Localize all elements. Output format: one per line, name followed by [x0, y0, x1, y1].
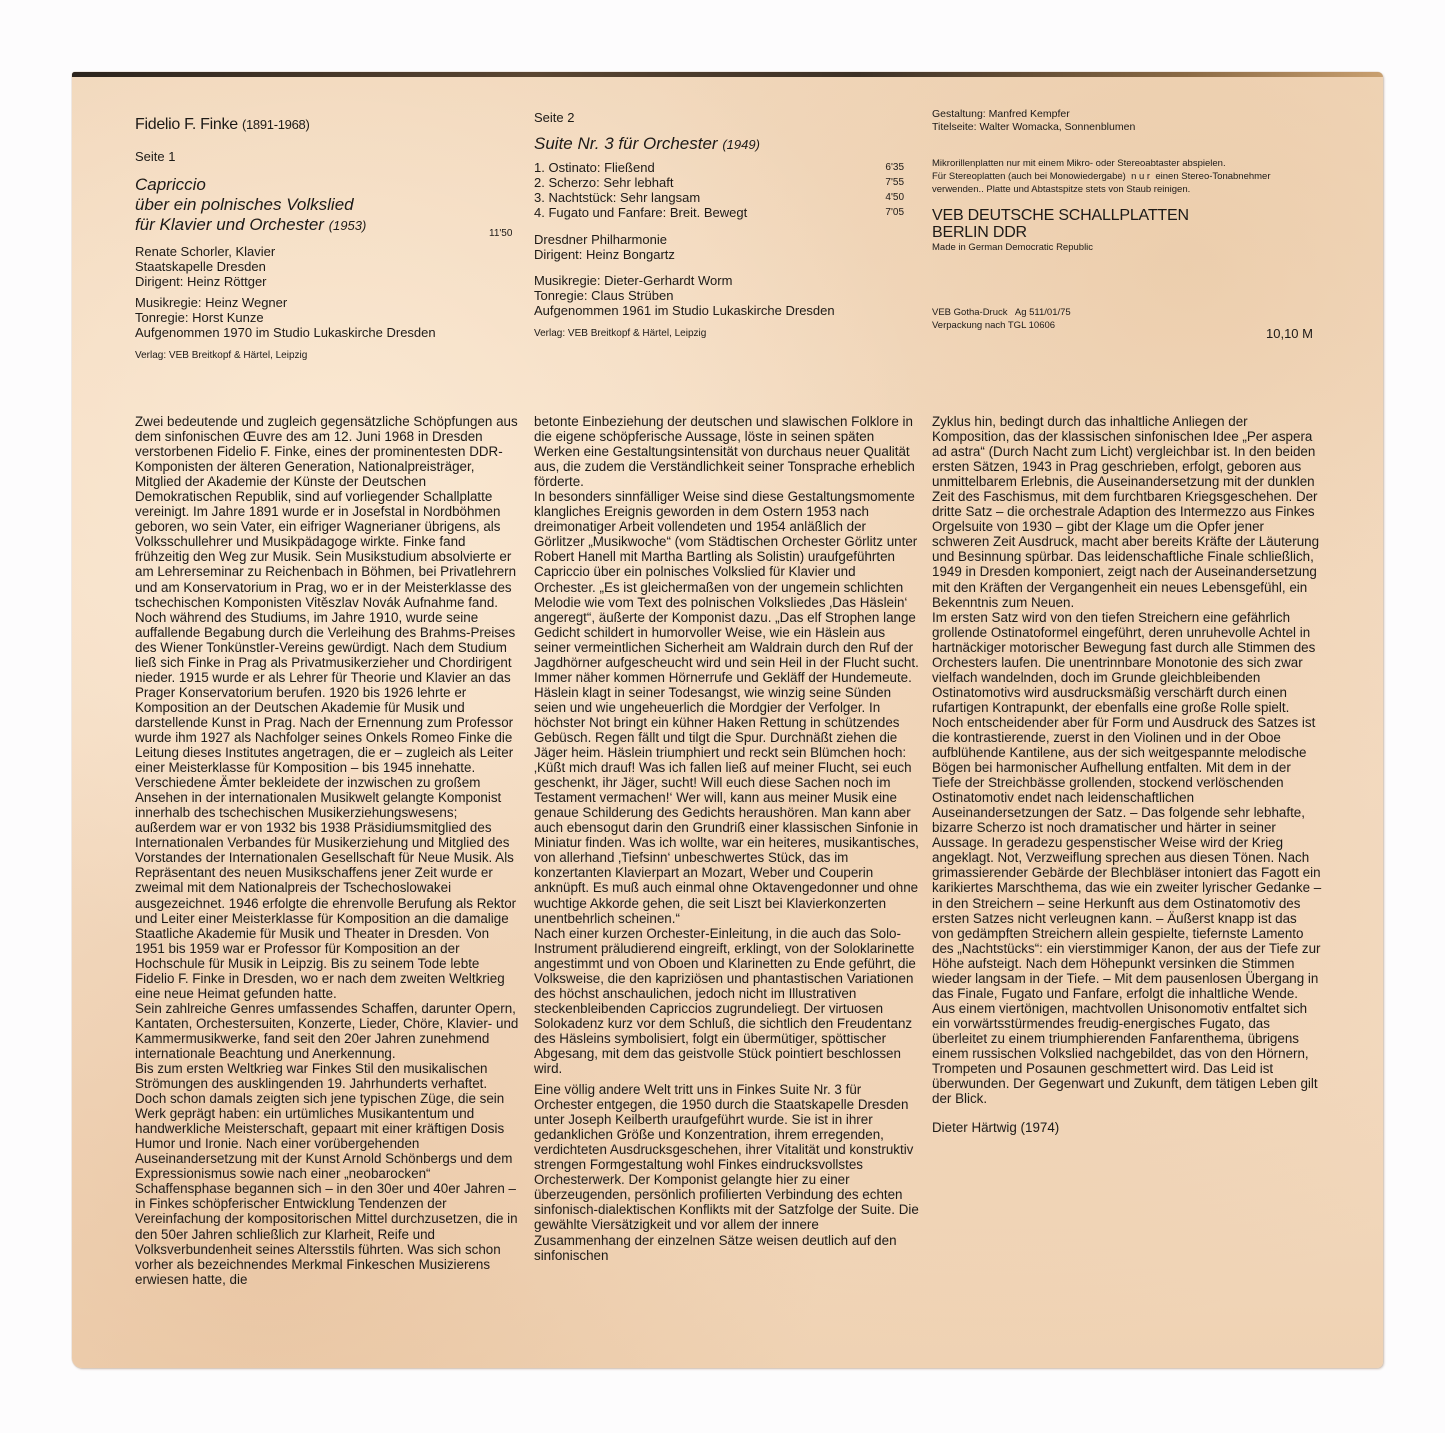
side1-year: (1953): [329, 218, 367, 233]
side2-performers: Dresdner Philharmonie Dirigent: Heinz Bo…: [534, 232, 904, 262]
production-credit: Musikregie: Dieter-Gerhardt Worm: [534, 273, 904, 288]
performer: Dresdner Philharmonie: [534, 232, 904, 247]
performer: Dirigent: Heinz Bongartz: [534, 247, 904, 262]
track-title: 2. Scherzo: Sehr lebhaft: [534, 175, 673, 190]
design-credits: Gestaltung: Manfred Kempfer Titelseite: …: [932, 108, 1271, 134]
performer: Staatskapelle Dresden: [135, 259, 436, 274]
essay-paragraph: Nach einer kurzen Orchester-Einleitung, …: [534, 926, 919, 1076]
side1-production: Musikregie: Heinz Wegner Tonregie: Horst…: [135, 295, 436, 340]
record-label: VEB DEUTSCHE SCHALLPLATTEN BERLIN DDR: [932, 207, 1271, 241]
composer-heading: Fidelio F. Finke (1891-1968): [135, 116, 309, 134]
essay-paragraph: Zyklus hin, bedingt durch das inhaltlich…: [932, 414, 1322, 610]
side1-label: Seite 1: [135, 149, 436, 164]
performer: Renate Schorler, Klavier: [135, 244, 436, 259]
side2-year: (1949): [722, 137, 760, 152]
side1-work-title: Capriccio über ein polnisches Volkslied …: [135, 175, 436, 236]
side1-publisher: Verlag: VEB Breitkopf & Härtel, Leipzig: [135, 350, 436, 361]
production-credit: Musikregie: Heinz Wegner: [135, 295, 436, 310]
side1-title-text: für Klavier und Orchester: [135, 215, 324, 234]
composer-name: Fidelio F. Finke: [135, 116, 238, 133]
side2-publisher: Verlag: VEB Breitkopf & Härtel, Leipzig: [534, 328, 904, 339]
track-duration: 7'05: [885, 205, 904, 220]
track-title: 3. Nachtstück: Sehr langsam: [534, 190, 700, 205]
production-credit: Tonregie: Horst Kunze: [135, 310, 436, 325]
notice-line: Für Stereoplatten (auch bei Monowiederga…: [932, 170, 1271, 183]
side1-performers: Renate Schorler, Klavier Staatskapelle D…: [135, 244, 436, 289]
side1-title-line: über ein polnisches Volkslied: [135, 195, 436, 215]
track-title: 1. Ostinato: Fließend: [534, 160, 655, 175]
essay-author: Dieter Härtwig (1974): [932, 1120, 1322, 1135]
side1-block: Seite 1 Capriccio über ein polnisches Vo…: [135, 149, 436, 361]
notice-line: Mikrorillenplatten nur mit einem Mikro- …: [932, 157, 1271, 170]
label-line: VEB DEUTSCHE SCHALLPLATTEN: [932, 207, 1271, 224]
track-row: 1. Ostinato: Fließend6'35: [534, 160, 904, 175]
side2-track-list: 1. Ostinato: Fließend6'35 2. Scherzo: Se…: [534, 160, 904, 220]
playback-notice: Mikrorillenplatten nur mit einem Mikro- …: [932, 157, 1271, 196]
production-credit: Tonregie: Claus Strüben: [534, 288, 904, 303]
made-in: Made in German Democratic Republic: [932, 241, 1271, 254]
printing-line: Verpackung nach TGL 10606: [932, 319, 1271, 332]
essay-column-2: betonte Einbeziehung der deutschen und s…: [534, 414, 919, 1263]
side2-work-title: Suite Nr. 3 für Orchester (1949): [534, 134, 904, 155]
essay-paragraph: Sein zahlreiche Genres umfassendes Schaf…: [135, 1001, 520, 1061]
side2-title-text: Suite Nr. 3 für Orchester: [534, 134, 718, 153]
track-duration: 6'35: [885, 160, 904, 175]
track-duration: 7'55: [885, 175, 904, 190]
sleeve-worn-edge: [72, 72, 1383, 77]
design-credit: Titelseite: Walter Womacka, Sonnenblumen: [932, 121, 1271, 134]
track-row: 3. Nachtstück: Sehr langsam4'50: [534, 190, 904, 205]
essay-paragraph: In besonders sinnfälliger Weise sind die…: [534, 489, 919, 925]
essay-column-3: Zyklus hin, bedingt durch das inhaltlich…: [932, 414, 1322, 1135]
production-credit: Aufgenommen 1970 im Studio Lukaskirche D…: [135, 325, 436, 340]
info-block: Gestaltung: Manfred Kempfer Titelseite: …: [932, 108, 1271, 332]
printing-line: VEB Gotha-Druck Ag 511/01/75: [932, 306, 1271, 319]
track-duration: 4'50: [885, 190, 904, 205]
essay-paragraph: betonte Einbeziehung der deutschen und s…: [534, 414, 919, 489]
track-row: 4. Fugato und Fanfare: Breit. Bewegt7'05: [534, 205, 904, 220]
notice-line: verwenden.. Platte und Abtastspitze stet…: [932, 183, 1271, 196]
printing-info: VEB Gotha-Druck Ag 511/01/75 Verpackung …: [932, 306, 1271, 332]
side1-title-line: für Klavier und Orchester (1953): [135, 215, 436, 236]
production-credit: Aufgenommen 1961 im Studio Lukaskirche D…: [534, 303, 904, 318]
essay-column-1: Zwei bedeutende und zugleich gegensätzli…: [135, 414, 520, 1287]
side2-block: Seite 2 Suite Nr. 3 für Orchester (1949)…: [534, 110, 904, 339]
side1-title-line: Capriccio: [135, 175, 436, 195]
side2-production: Musikregie: Dieter-Gerhardt Worm Tonregi…: [534, 273, 904, 318]
composer-years: (1891-1968): [242, 117, 310, 132]
essay-paragraph: Bis zum ersten Weltkrieg war Finkes Stil…: [135, 1061, 520, 1287]
track-row: 2. Scherzo: Sehr lebhaft7'55: [534, 175, 904, 190]
track-title: 4. Fugato und Fanfare: Breit. Bewegt: [534, 205, 747, 220]
design-credit: Gestaltung: Manfred Kempfer: [932, 108, 1271, 121]
essay-paragraph: Im ersten Satz wird von den tiefen Strei…: [932, 610, 1322, 1107]
side1-duration: 11'50: [489, 228, 512, 239]
price: 10,10 M: [1266, 326, 1313, 341]
essay-paragraph: Eine völlig andere Welt tritt uns in Fin…: [534, 1082, 919, 1263]
performer: Dirigent: Heinz Röttger: [135, 274, 436, 289]
label-line: BERLIN DDR: [932, 224, 1271, 241]
side2-label: Seite 2: [534, 110, 904, 125]
essay-paragraph: Zwei bedeutende und zugleich gegensätzli…: [135, 414, 520, 1001]
